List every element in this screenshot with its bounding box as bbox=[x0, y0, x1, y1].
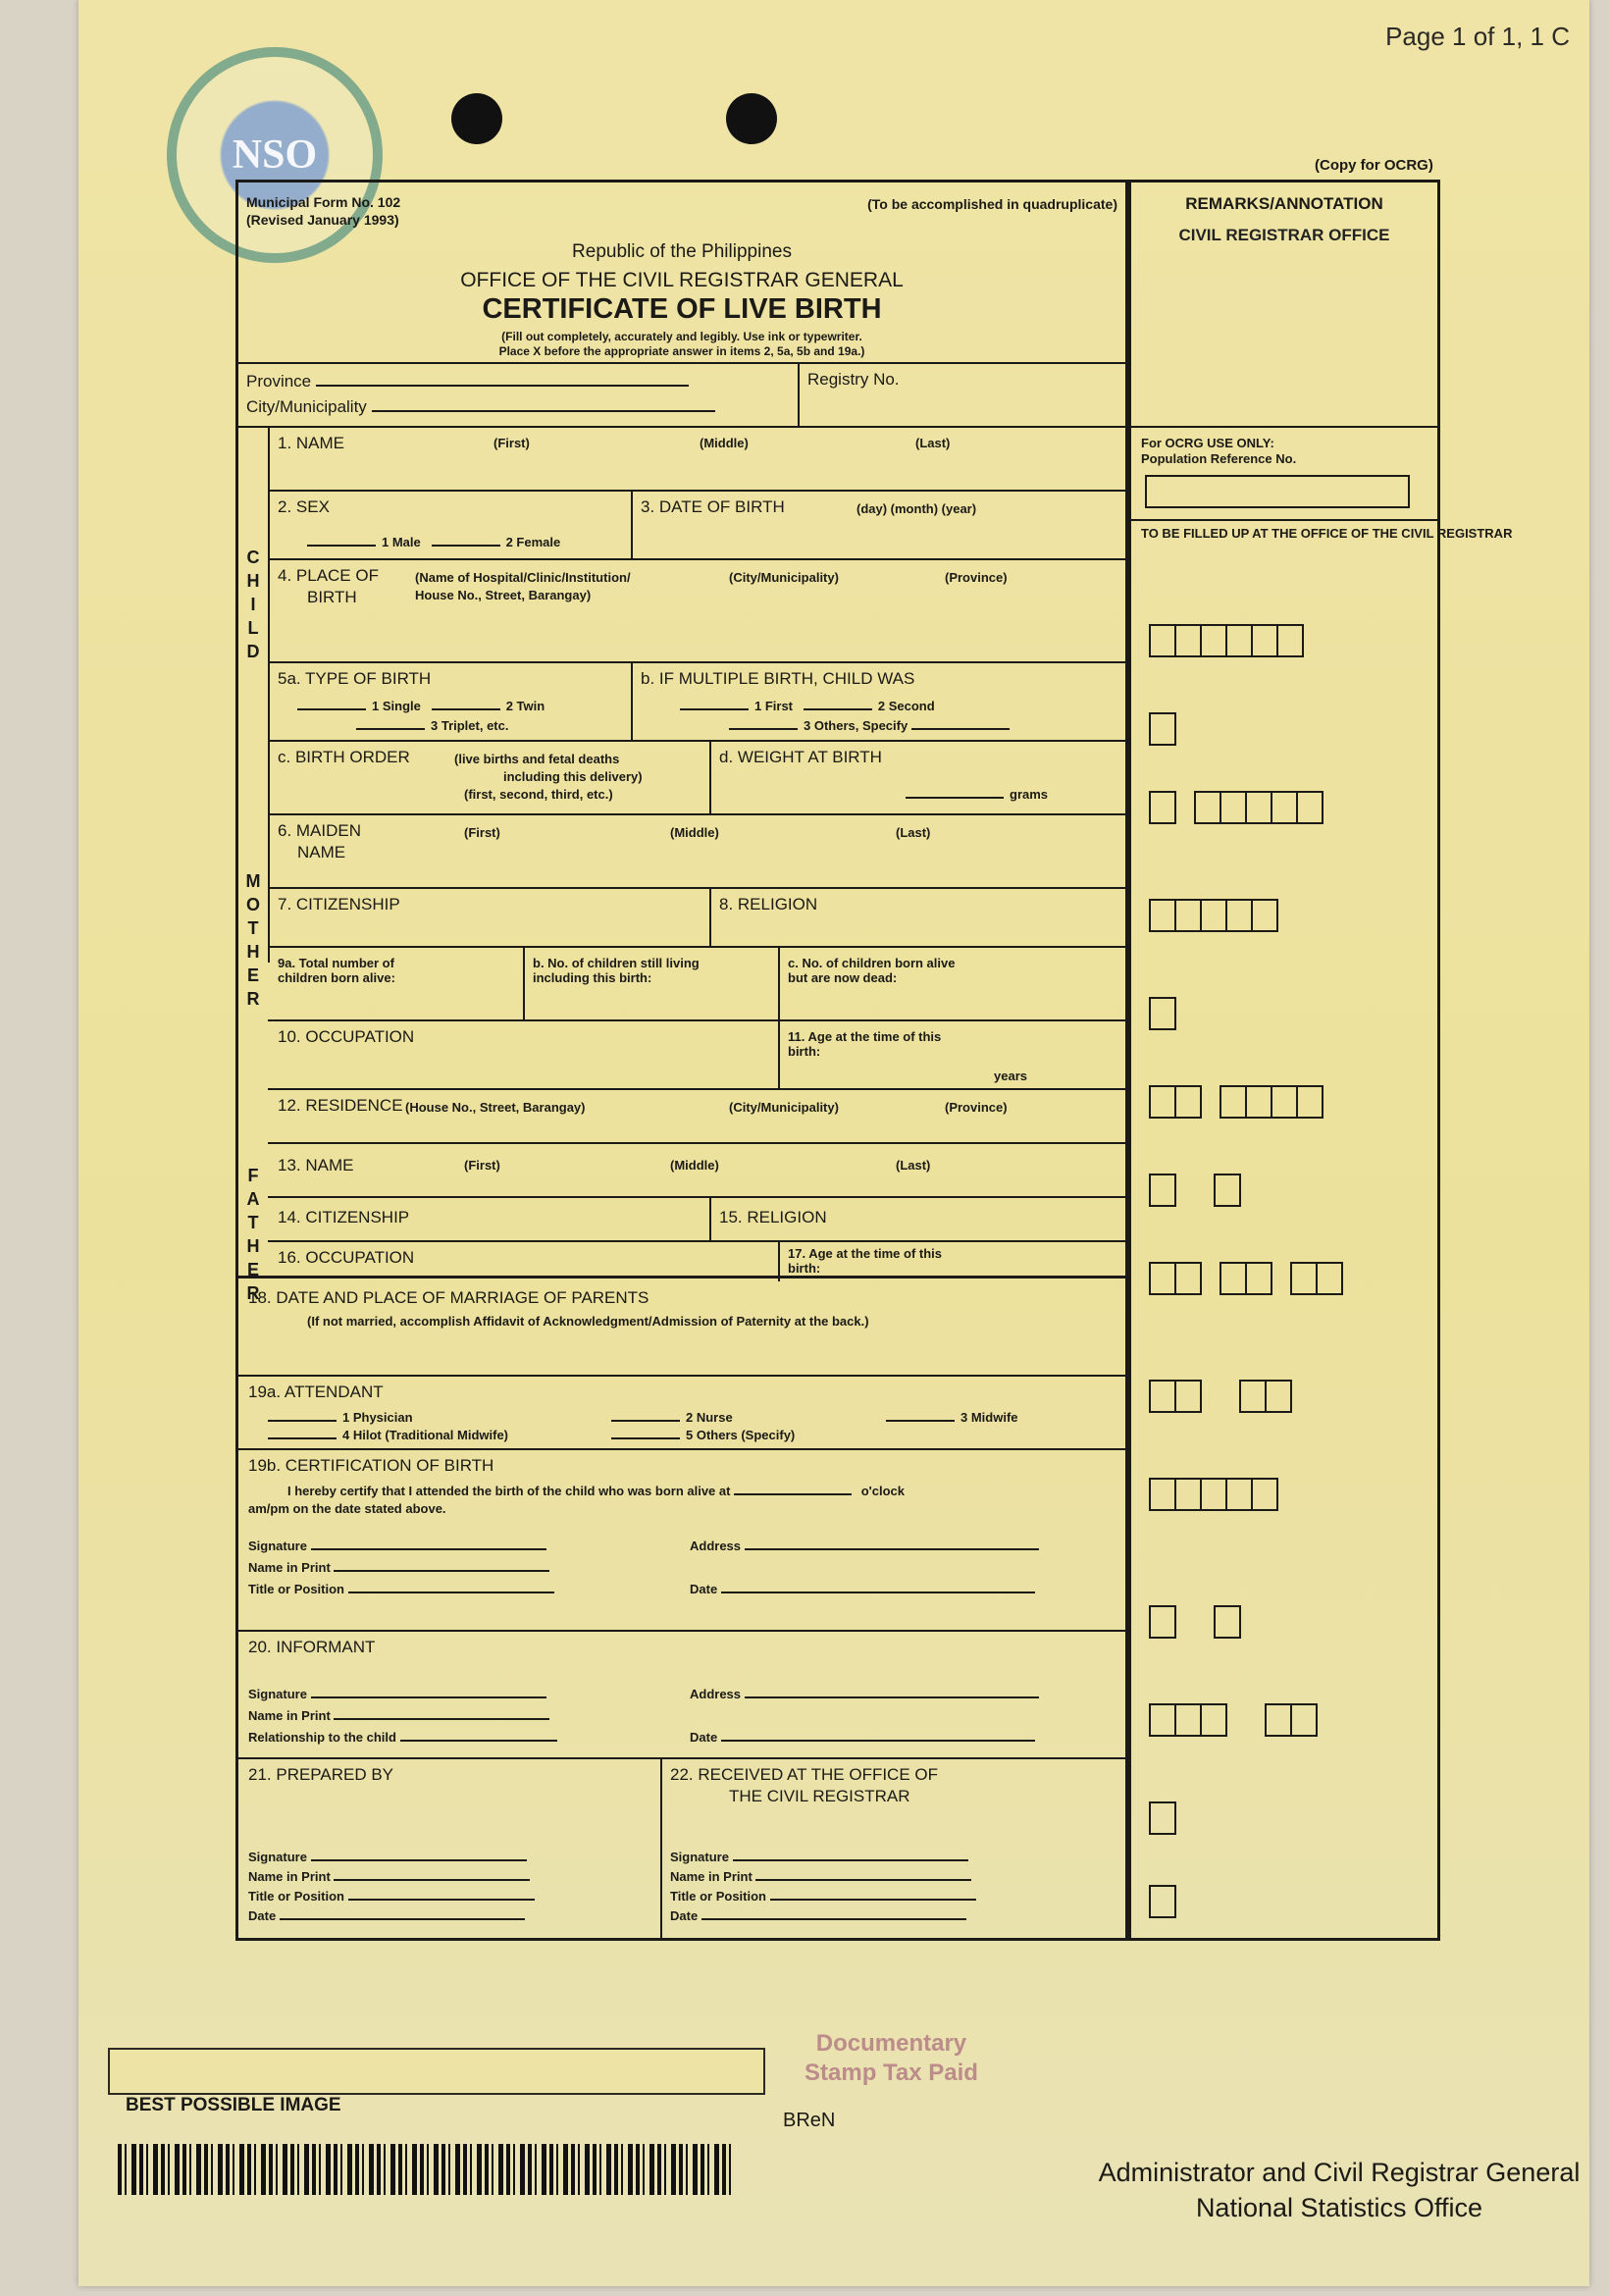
sex-dob-row: 2. SEX 1 Male 2 Female 3. DATE OF BIRTH … bbox=[268, 492, 1125, 560]
code-boxes bbox=[1149, 899, 1276, 932]
ocrg-use-only: For OCRG USE ONLY: Population Reference … bbox=[1131, 428, 1437, 521]
fill-up-label: TO BE FILLED UP AT THE OFFICE OF THE CIV… bbox=[1141, 526, 1406, 541]
copy-for-label: (Copy for OCRG) bbox=[1315, 157, 1433, 174]
birth-order-weight-row: c. BIRTH ORDER (live births and fetal de… bbox=[268, 742, 1125, 815]
punch-hole bbox=[451, 93, 502, 144]
father-occupation-row: 16. OCCUPATION 17. Age at the time of th… bbox=[268, 1242, 1125, 1281]
security-control-number bbox=[108, 2048, 765, 2095]
remarks-column: REMARKS/ANNOTATION CIVIL REGISTRAR OFFIC… bbox=[1128, 180, 1440, 1941]
form-header: Municipal Form No. 102 (Revised January … bbox=[238, 183, 1125, 364]
birth-certificate-form: Municipal Form No. 102 (Revised January … bbox=[235, 180, 1128, 1278]
father-citizenship-row: 14. CITIZENSHIP 15. RELIGION bbox=[268, 1198, 1125, 1242]
best-image-label: BEST POSSIBLE IMAGE bbox=[126, 2095, 341, 2116]
punch-hole bbox=[726, 93, 777, 144]
code-boxes bbox=[1149, 1885, 1174, 1918]
mother-name-row: 6. MAIDEN NAME (First) (Middle) (Last) bbox=[268, 815, 1125, 889]
type-of-birth-row: 5a. TYPE OF BIRTH 1 Single 2 Twin 3 Trip… bbox=[268, 663, 1125, 742]
code-boxes bbox=[1149, 1605, 1239, 1639]
place-of-birth-row: 4. PLACE OF BIRTH (Name of Hospital/Clin… bbox=[268, 560, 1125, 663]
office-label: OFFICE OF THE CIVIL REGISTRAR GENERAL bbox=[238, 269, 1125, 292]
page-indicator: Page 1 of 1, 1 C bbox=[1385, 22, 1570, 52]
attestation-section: 18. DATE AND PLACE OF MARRIAGE OF PARENT… bbox=[235, 1278, 1128, 1941]
attendant-row: 19a. ATTENDANT 1 Physician 4 Hilot (Trad… bbox=[238, 1377, 1125, 1450]
child-name-row: 1. NAME (First) (Middle) (Last) bbox=[268, 428, 1125, 492]
document-title: CERTIFICATE OF LIVE BIRTH bbox=[238, 293, 1125, 326]
signatory-block: Administrator and Civil Registrar Genera… bbox=[1089, 2119, 1589, 2225]
code-boxes bbox=[1149, 791, 1322, 824]
registrar-stamp: CIVIL REGISTRAR OFFICE bbox=[1131, 226, 1437, 245]
registrar-signature bbox=[1177, 2051, 1194, 2110]
code-boxes bbox=[1149, 1085, 1322, 1119]
certification-row: 19b. CERTIFICATION OF BIRTH I hereby cer… bbox=[238, 1450, 1125, 1632]
population-reference-field[interactable] bbox=[1145, 475, 1410, 508]
code-boxes bbox=[1149, 1174, 1239, 1207]
mother-children-row: 9a. Total number of children born alive:… bbox=[268, 948, 1125, 1021]
code-boxes bbox=[1149, 1801, 1174, 1835]
city-field[interactable] bbox=[372, 410, 715, 412]
code-boxes bbox=[1149, 1262, 1341, 1295]
child-section-tag: CHILD bbox=[244, 546, 262, 663]
father-name-row: 13. NAME (First) (Middle) (Last) bbox=[268, 1144, 1125, 1198]
code-boxes bbox=[1149, 1380, 1290, 1413]
mother-citizenship-row: 7. CITIZENSHIP 8. RELIGION bbox=[268, 889, 1125, 948]
bren-label: BReN bbox=[783, 2110, 835, 2132]
location-row: Province City/Municipality Registry No. bbox=[238, 364, 1125, 428]
code-boxes bbox=[1149, 997, 1174, 1030]
code-boxes bbox=[1149, 1478, 1276, 1511]
mother-residence-row: 12. RESIDENCE (House No., Street, Barang… bbox=[268, 1090, 1125, 1144]
code-boxes bbox=[1149, 712, 1174, 746]
code-boxes bbox=[1149, 624, 1302, 657]
mother-occupation-row: 10. OCCUPATION 11. Age at the time of th… bbox=[268, 1021, 1125, 1090]
prepared-received-row: 21. PREPARED BY Signature Name in Print … bbox=[238, 1759, 1125, 1941]
documentary-stamp: DocumentaryStamp Tax Paid bbox=[804, 2029, 978, 2088]
province-field[interactable] bbox=[316, 385, 689, 387]
mother-section-tag: MOTHER bbox=[244, 869, 262, 1011]
republic-label: Republic of the Philippines bbox=[238, 241, 1125, 263]
barcode-icon bbox=[118, 2144, 736, 2195]
marriage-row: 18. DATE AND PLACE OF MARRIAGE OF PARENT… bbox=[238, 1278, 1125, 1377]
code-boxes bbox=[1149, 1703, 1316, 1737]
remarks-annotation: REMARKS/ANNOTATION CIVIL REGISTRAR OFFIC… bbox=[1131, 183, 1437, 428]
informant-row: 20. INFORMANT Signature Name in Print Re… bbox=[238, 1632, 1125, 1759]
